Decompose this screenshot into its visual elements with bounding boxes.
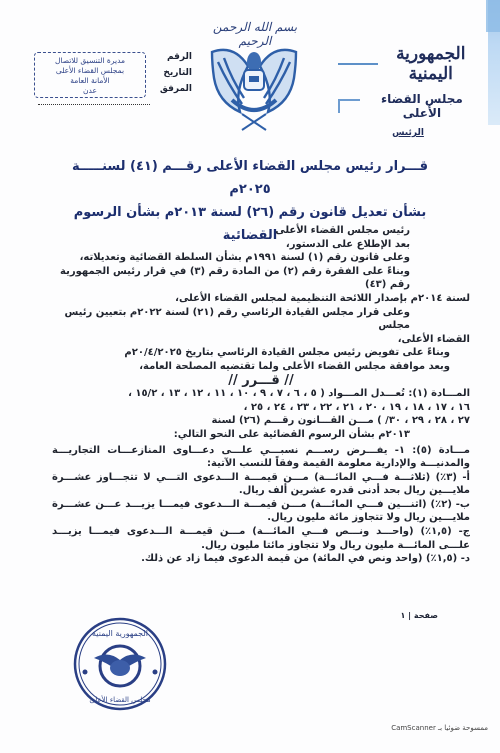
seal-bottom-text: مجلس القضاء الأعلى (89, 695, 151, 704)
letterhead-hook-decoration (338, 99, 360, 113)
letterhead-office: الرئيس (338, 128, 478, 138)
label-date: التاريخ (150, 68, 192, 84)
page-number: صفحة | ١ (401, 611, 439, 620)
article1-line1: المـــادة (١): تُعـــدل المـــواد ( ٥ ، … (52, 387, 470, 401)
preamble-council-decree-cont: القضاء الأعلى، (52, 333, 470, 347)
preamble-constitution: بعد الإطلاع على الدستور، (52, 238, 470, 252)
letterhead-right: الجمهورية اليمنية مجلس القضاء الأعلى الر… (338, 44, 478, 138)
preamble-judicial-law: وعلى قانون رقم (١) لسنة ١٩٩١م بشأن السلط… (52, 251, 470, 265)
letterhead-country-row: الجمهورية اليمنية (338, 44, 478, 84)
preamble-presidential-decree: وبناءً على الفقرة رقم (٢) من المادة رقم … (52, 265, 470, 292)
letterhead-country: الجمهورية اليمنية (384, 44, 478, 84)
scan-edge-strip-top (486, 0, 500, 32)
seal-top-text: الجمهورية اليمنية (92, 629, 148, 638)
article5-item-d: د- (١,٥٪) (واحد ونص في المائة) من قيمة ا… (52, 552, 470, 566)
article1-line4: ٢٠١٣م بشأن الرسوم القضائية على النحو الت… (52, 428, 470, 442)
article5-item-c: ج- (١,٥٪) (واحـــد ونـــص فـــي المائـــ… (52, 525, 470, 552)
letterhead-labels: الرقم التاريخ المرفق (150, 52, 192, 100)
issuer-line: رئيس مجلس القضاء الأعلى (52, 224, 470, 238)
article1-line3: ٢٧ ، ٢٨ ، ٢٩ ، ٣٠/ ) مـــن القـــانون رق… (52, 414, 470, 428)
stamp-line: عدن (35, 86, 145, 96)
article5-intro: مـــادة (٥): ١- يفـــرض رســـم نسبـــي ع… (52, 444, 470, 471)
label-attachments: المرفق (150, 84, 192, 100)
letterhead-line-decoration (338, 63, 378, 65)
decision-heading: // قـــرر // (52, 374, 470, 388)
article5-item-a: أ- (٣٪) (ثلاثـــة فـــي المائـــة) مـــن… (52, 471, 470, 498)
stamp-line: بمجلس القضاء الأعلى (35, 66, 145, 76)
yemen-coat-of-arms-icon (204, 22, 304, 134)
camscanner-watermark: ممسوحة ضوئيا بـ CamScanner (391, 724, 488, 732)
council-seal-icon: الجمهورية اليمنية مجلس القضاء الأعلى (72, 616, 168, 712)
letterhead-council-row: مجلس القضاء الأعلى (338, 92, 478, 120)
attachments-dotted-line (38, 104, 150, 105)
document-page: الجمهورية اليمنية مجلس القضاء الأعلى الر… (0, 0, 500, 753)
preamble-council-decree: وعلى قرار مجلس القيادة الرئاسي رقم (٢١) … (52, 306, 470, 333)
letterhead-council: مجلس القضاء الأعلى (366, 92, 478, 120)
preamble-presidential-decree-cont: لسنة ٢٠١٤م بإصدار اللائحة التنظيمية لمجل… (52, 292, 470, 306)
stamp-line: مديرة التنسيق للاتصال (35, 56, 145, 66)
preamble-delegation: وبناءً على تفويض رئيس مجلس القيادة الرئا… (52, 346, 470, 360)
stamp-line: الأمانة العامة (35, 76, 145, 86)
decree-body: رئيس مجلس القضاء الأعلى بعد الإطلاع على … (52, 224, 470, 566)
article5-item-b: ب- (٢٪) (اثنـــين فـــي المائـــة) مـــن… (52, 498, 470, 525)
label-number: الرقم (150, 52, 192, 68)
decree-title-line1: قـــرار رئيس مجلس القضاء الأعلى رقـــم (… (60, 155, 440, 201)
registration-stamp: مديرة التنسيق للاتصال بمجلس القضاء الأعل… (34, 52, 146, 98)
article1-line2: ١٦ ، ١٧ ، ١٨ ، ١٩ ، ٢٠ ، ٢١ ، ٢٢ ، ٢٣ ، … (52, 401, 470, 415)
preamble-approval: وبعد موافقة مجلس القضاء الأعلى ولما تقتض… (52, 360, 470, 374)
